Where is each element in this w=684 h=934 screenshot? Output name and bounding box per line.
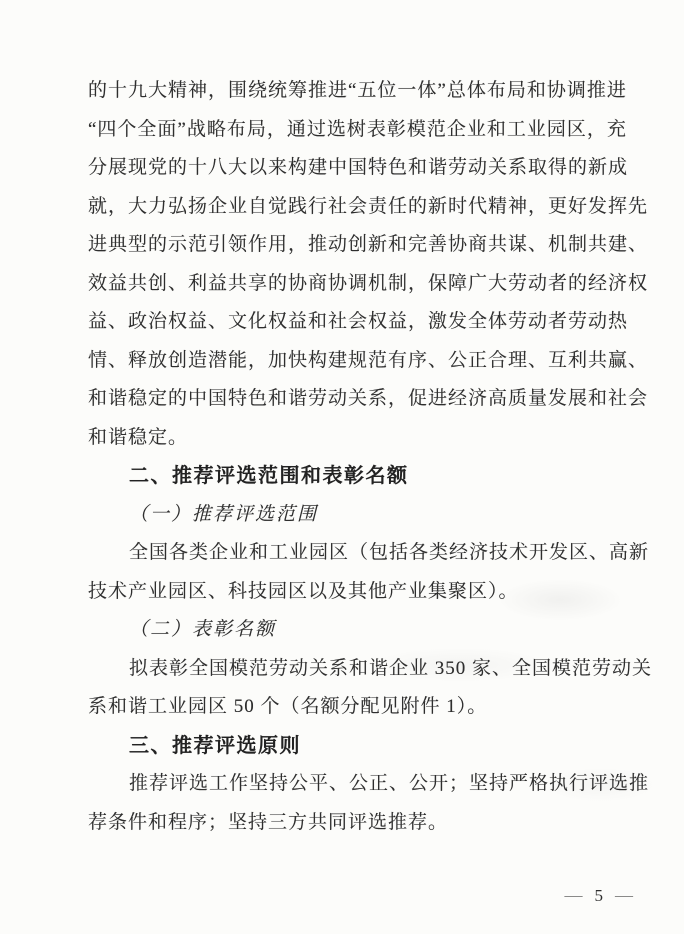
body-line: 分展现党的十八大以来构建中国特色和谐劳动关系取得的新成 <box>88 149 628 188</box>
body-line: “四个全面”战略布局，通过选树表彰模范企业和工业园区，充 <box>88 111 628 150</box>
body-line: 技术产业园区、科技园区以及其他产业集聚区）。 <box>88 573 628 612</box>
body-line: 系和谐工业园区 50 个（名额分配见附件 1）。 <box>88 688 628 727</box>
body-line: 和谐稳定的中国特色和谐劳动关系，促进经济高质量发展和社会 <box>88 380 628 419</box>
body-line: 效益共创、利益共享的协商协调机制，保障广大劳动者的经济权 <box>88 265 628 304</box>
section-2-heading: 二、推荐评选范围和表彰名额 <box>88 457 628 496</box>
page-number-value: 5 <box>586 886 614 905</box>
page-number: —5— <box>563 882 637 908</box>
body-line: 荐条件和程序；坚持三方共同评选推荐。 <box>88 804 628 843</box>
page-number-dash-left: — <box>563 885 586 905</box>
body-line: 和谐稳定。 <box>88 419 628 458</box>
body-line: 情、释放创造潜能，加快构建规范有序、公正合理、互利共赢、 <box>88 342 628 381</box>
page-number-dash-right: — <box>613 885 636 905</box>
body-line: 就，大力弘扬企业自觉践行社会责任的新时代精神，更好发挥先 <box>88 188 628 227</box>
document-text-column: 的十九大精神，围绕统筹推进“五位一体”总体布局和协调推进 “四个全面”战略布局，… <box>88 72 628 842</box>
section-3-heading: 三、推荐评选原则 <box>88 727 628 766</box>
body-line: 进典型的示范引领作用，推动创新和完善协商共谋、机制共建、 <box>88 226 628 265</box>
body-line: 拟表彰全国模范劳动关系和谐企业 350 家、全国模范劳动关 <box>88 650 628 689</box>
body-line: 益、政治权益、文化权益和社会权益，激发全体劳动者劳动热 <box>88 303 628 342</box>
body-line: 全国各类企业和工业园区（包括各类经济技术开发区、高新 <box>88 534 628 573</box>
section-2-subheading-1: （一）推荐评选范围 <box>88 496 628 535</box>
scanned-document-page: 的十九大精神，围绕统筹推进“五位一体”总体布局和协调推进 “四个全面”战略布局，… <box>0 0 684 934</box>
body-line: 的十九大精神，围绕统筹推进“五位一体”总体布局和协调推进 <box>88 72 628 111</box>
body-line: 推荐评选工作坚持公平、公正、公开；坚持严格执行评选推 <box>88 765 628 804</box>
section-2-subheading-2: （二）表彰名额 <box>88 611 628 650</box>
